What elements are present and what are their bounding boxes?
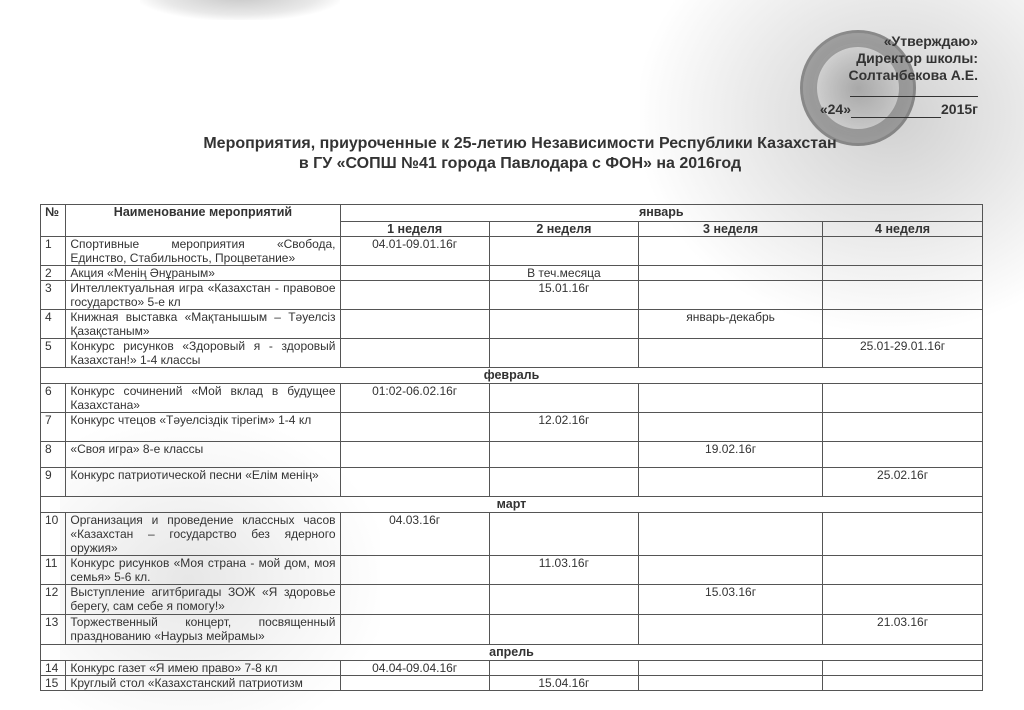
header-week-1: 1 неделя	[340, 222, 489, 237]
week-4-cell	[823, 585, 983, 615]
table-row: 8«Своя игра» 8-е классы19.02.16г	[41, 442, 983, 468]
week-2-cell: 12.02.16г	[489, 413, 638, 442]
week-1-cell: 04.03.16г	[340, 513, 489, 556]
week-3-cell	[638, 661, 822, 676]
event-name: Спортивные мероприятия «Свобода, Единств…	[66, 237, 340, 266]
row-number: 3	[41, 281, 66, 310]
title-line-2: в ГУ «СОПШ №41 города Павлодара с ФОН» н…	[100, 154, 940, 174]
row-number: 15	[41, 676, 66, 691]
table-row: 7Конкурс чтецов «Тәуелсіздік тірегім» 1-…	[41, 413, 983, 442]
week-3-cell	[638, 513, 822, 556]
document-title: Мероприятия, приуроченные к 25-летию Нез…	[100, 134, 940, 174]
week-1-cell	[340, 442, 489, 468]
week-3-cell	[638, 281, 822, 310]
week-2-cell	[489, 310, 638, 339]
week-3-cell: 15.03.16г	[638, 585, 822, 615]
week-4-cell	[823, 513, 983, 556]
week-1-cell	[340, 556, 489, 585]
week-1-cell	[340, 676, 489, 691]
row-number: 2	[41, 266, 66, 281]
approval-day: «24»	[820, 101, 851, 117]
week-2-cell	[489, 615, 638, 645]
header-week-3: 3 неделя	[638, 222, 822, 237]
week-4-cell	[823, 310, 983, 339]
week-1-cell: 01:02-06.02.16г	[340, 384, 489, 413]
table-row: 1Спортивные мероприятия «Свобода, Единст…	[41, 237, 983, 266]
week-2-cell: 15.04.16г	[489, 676, 638, 691]
week-4-cell: 21.03.16г	[823, 615, 983, 645]
week-3-cell	[638, 676, 822, 691]
approval-block: «Утверждаю» Директор школы: Солтанбекова…	[820, 33, 978, 118]
header-month: январь	[340, 205, 982, 222]
week-2-cell	[489, 339, 638, 368]
week-3-cell	[638, 266, 822, 281]
event-name: Круглый стол «Казахстанский патриотизм	[66, 676, 340, 691]
month-row: февраль	[41, 368, 983, 384]
scan-smudge	[140, 0, 340, 20]
table-row: 9Конкурс патриотической песни «Елім мені…	[41, 468, 983, 497]
row-number: 4	[41, 310, 66, 339]
month-row: апрель	[41, 645, 983, 661]
row-number: 1	[41, 237, 66, 266]
title-line-1: Мероприятия, приуроченные к 25-летию Нез…	[100, 134, 940, 154]
week-2-cell: 11.03.16г	[489, 556, 638, 585]
week-3-cell: январь-декабрь	[638, 310, 822, 339]
event-name: Выступление агитбригады ЗОЖ «Я здоровье …	[66, 585, 340, 615]
week-4-cell: 25.01-29.01.16г	[823, 339, 983, 368]
event-name: Организация и проведение классных часов …	[66, 513, 340, 556]
event-name: Конкурс патриотической песни «Елім менің…	[66, 468, 340, 497]
week-3-cell	[638, 384, 822, 413]
table-row: 3Интеллектуальная игра «Казахстан - прав…	[41, 281, 983, 310]
table-row: 14Конкурс газет «Я имею право» 7-8 кл04.…	[41, 661, 983, 676]
approval-date: «24»2015г	[820, 101, 978, 118]
week-4-cell	[823, 676, 983, 691]
event-name: Конкурс рисунков «Моя страна - мой дом, …	[66, 556, 340, 585]
row-number: 12	[41, 585, 66, 615]
signature-line	[850, 86, 978, 97]
approval-month-blank	[851, 117, 941, 118]
week-4-cell	[823, 442, 983, 468]
week-4-cell	[823, 413, 983, 442]
events-table: № Наименование мероприятий январь 1 неде…	[40, 204, 983, 691]
event-name: Конкурс чтецов «Тәуелсіздік тірегім» 1-4…	[66, 413, 340, 442]
header-name: Наименование мероприятий	[66, 205, 340, 237]
week-1-cell	[340, 310, 489, 339]
week-4-cell: 25.02.16г	[823, 468, 983, 497]
table-row: 2Акция «Менің Әнұраным»В теч.месяца	[41, 266, 983, 281]
week-2-cell	[489, 442, 638, 468]
table-row: 15Круглый стол «Казахстанский патриотизм…	[41, 676, 983, 691]
week-3-cell	[638, 615, 822, 645]
week-1-cell	[340, 266, 489, 281]
week-3-cell	[638, 556, 822, 585]
table-row: 5Конкурс рисунков «Здоровый я - здоровый…	[41, 339, 983, 368]
table-row: 12Выступление агитбригады ЗОЖ «Я здоровь…	[41, 585, 983, 615]
row-number: 6	[41, 384, 66, 413]
week-2-cell	[489, 468, 638, 497]
week-4-cell	[823, 556, 983, 585]
week-2-cell	[489, 513, 638, 556]
event-name: Торжественный концерт, посвященный празд…	[66, 615, 340, 645]
event-name: Книжная выставка «Мақтанышым – Тәуелсіз …	[66, 310, 340, 339]
week-3-cell	[638, 237, 822, 266]
row-number: 13	[41, 615, 66, 645]
week-2-cell: В теч.месяца	[489, 266, 638, 281]
week-2-cell	[489, 661, 638, 676]
week-1-cell	[340, 468, 489, 497]
row-number: 5	[41, 339, 66, 368]
week-4-cell	[823, 266, 983, 281]
week-4-cell	[823, 281, 983, 310]
week-1-cell: 04.04-09.04.16г	[340, 661, 489, 676]
week-4-cell	[823, 661, 983, 676]
week-1-cell	[340, 615, 489, 645]
week-1-cell: 04.01-09.01.16г	[340, 237, 489, 266]
row-number: 9	[41, 468, 66, 497]
month-header: февраль	[41, 368, 983, 384]
row-number: 14	[41, 661, 66, 676]
header-week-4: 4 неделя	[823, 222, 983, 237]
week-3-cell	[638, 339, 822, 368]
week-2-cell	[489, 384, 638, 413]
table-row: 6Конкурс сочинений «Мой вклад в будущее …	[41, 384, 983, 413]
week-2-cell	[489, 585, 638, 615]
week-3-cell	[638, 413, 822, 442]
month-header: март	[41, 497, 983, 513]
approval-position: Директор школы:	[820, 50, 978, 67]
table-row: 13Торжественный концерт, посвященный пра…	[41, 615, 983, 645]
event-name: Конкурс газет «Я имею право» 7-8 кл	[66, 661, 340, 676]
week-1-cell	[340, 281, 489, 310]
event-name: «Своя игра» 8-е классы	[66, 442, 340, 468]
month-row: март	[41, 497, 983, 513]
table-row: 10Организация и проведение классных часо…	[41, 513, 983, 556]
table-body: 1Спортивные мероприятия «Свобода, Единст…	[41, 237, 983, 691]
event-name: Конкурс рисунков «Здоровый я - здоровый …	[66, 339, 340, 368]
table-row: 11Конкурс рисунков «Моя страна - мой дом…	[41, 556, 983, 585]
week-1-cell	[340, 413, 489, 442]
header-week-2: 2 неделя	[489, 222, 638, 237]
approval-year: 2015г	[941, 101, 978, 117]
month-header: апрель	[41, 645, 983, 661]
row-number: 10	[41, 513, 66, 556]
week-1-cell	[340, 585, 489, 615]
week-4-cell	[823, 384, 983, 413]
table-row: 4Книжная выставка «Мақтанышым – Тәуелсіз…	[41, 310, 983, 339]
week-2-cell: 15.01.16г	[489, 281, 638, 310]
approval-heading: «Утверждаю»	[820, 33, 978, 50]
week-3-cell: 19.02.16г	[638, 442, 822, 468]
event-name: Конкурс сочинений «Мой вклад в будущее К…	[66, 384, 340, 413]
approval-director-name: Солтанбекова А.Е.	[820, 67, 978, 84]
row-number: 8	[41, 442, 66, 468]
week-2-cell	[489, 237, 638, 266]
week-1-cell	[340, 339, 489, 368]
event-name: Акция «Менің Әнұраным»	[66, 266, 340, 281]
week-3-cell	[638, 468, 822, 497]
row-number: 11	[41, 556, 66, 585]
row-number: 7	[41, 413, 66, 442]
week-4-cell	[823, 237, 983, 266]
event-name: Интеллектуальная игра «Казахстан - право…	[66, 281, 340, 310]
header-num: №	[41, 205, 66, 237]
